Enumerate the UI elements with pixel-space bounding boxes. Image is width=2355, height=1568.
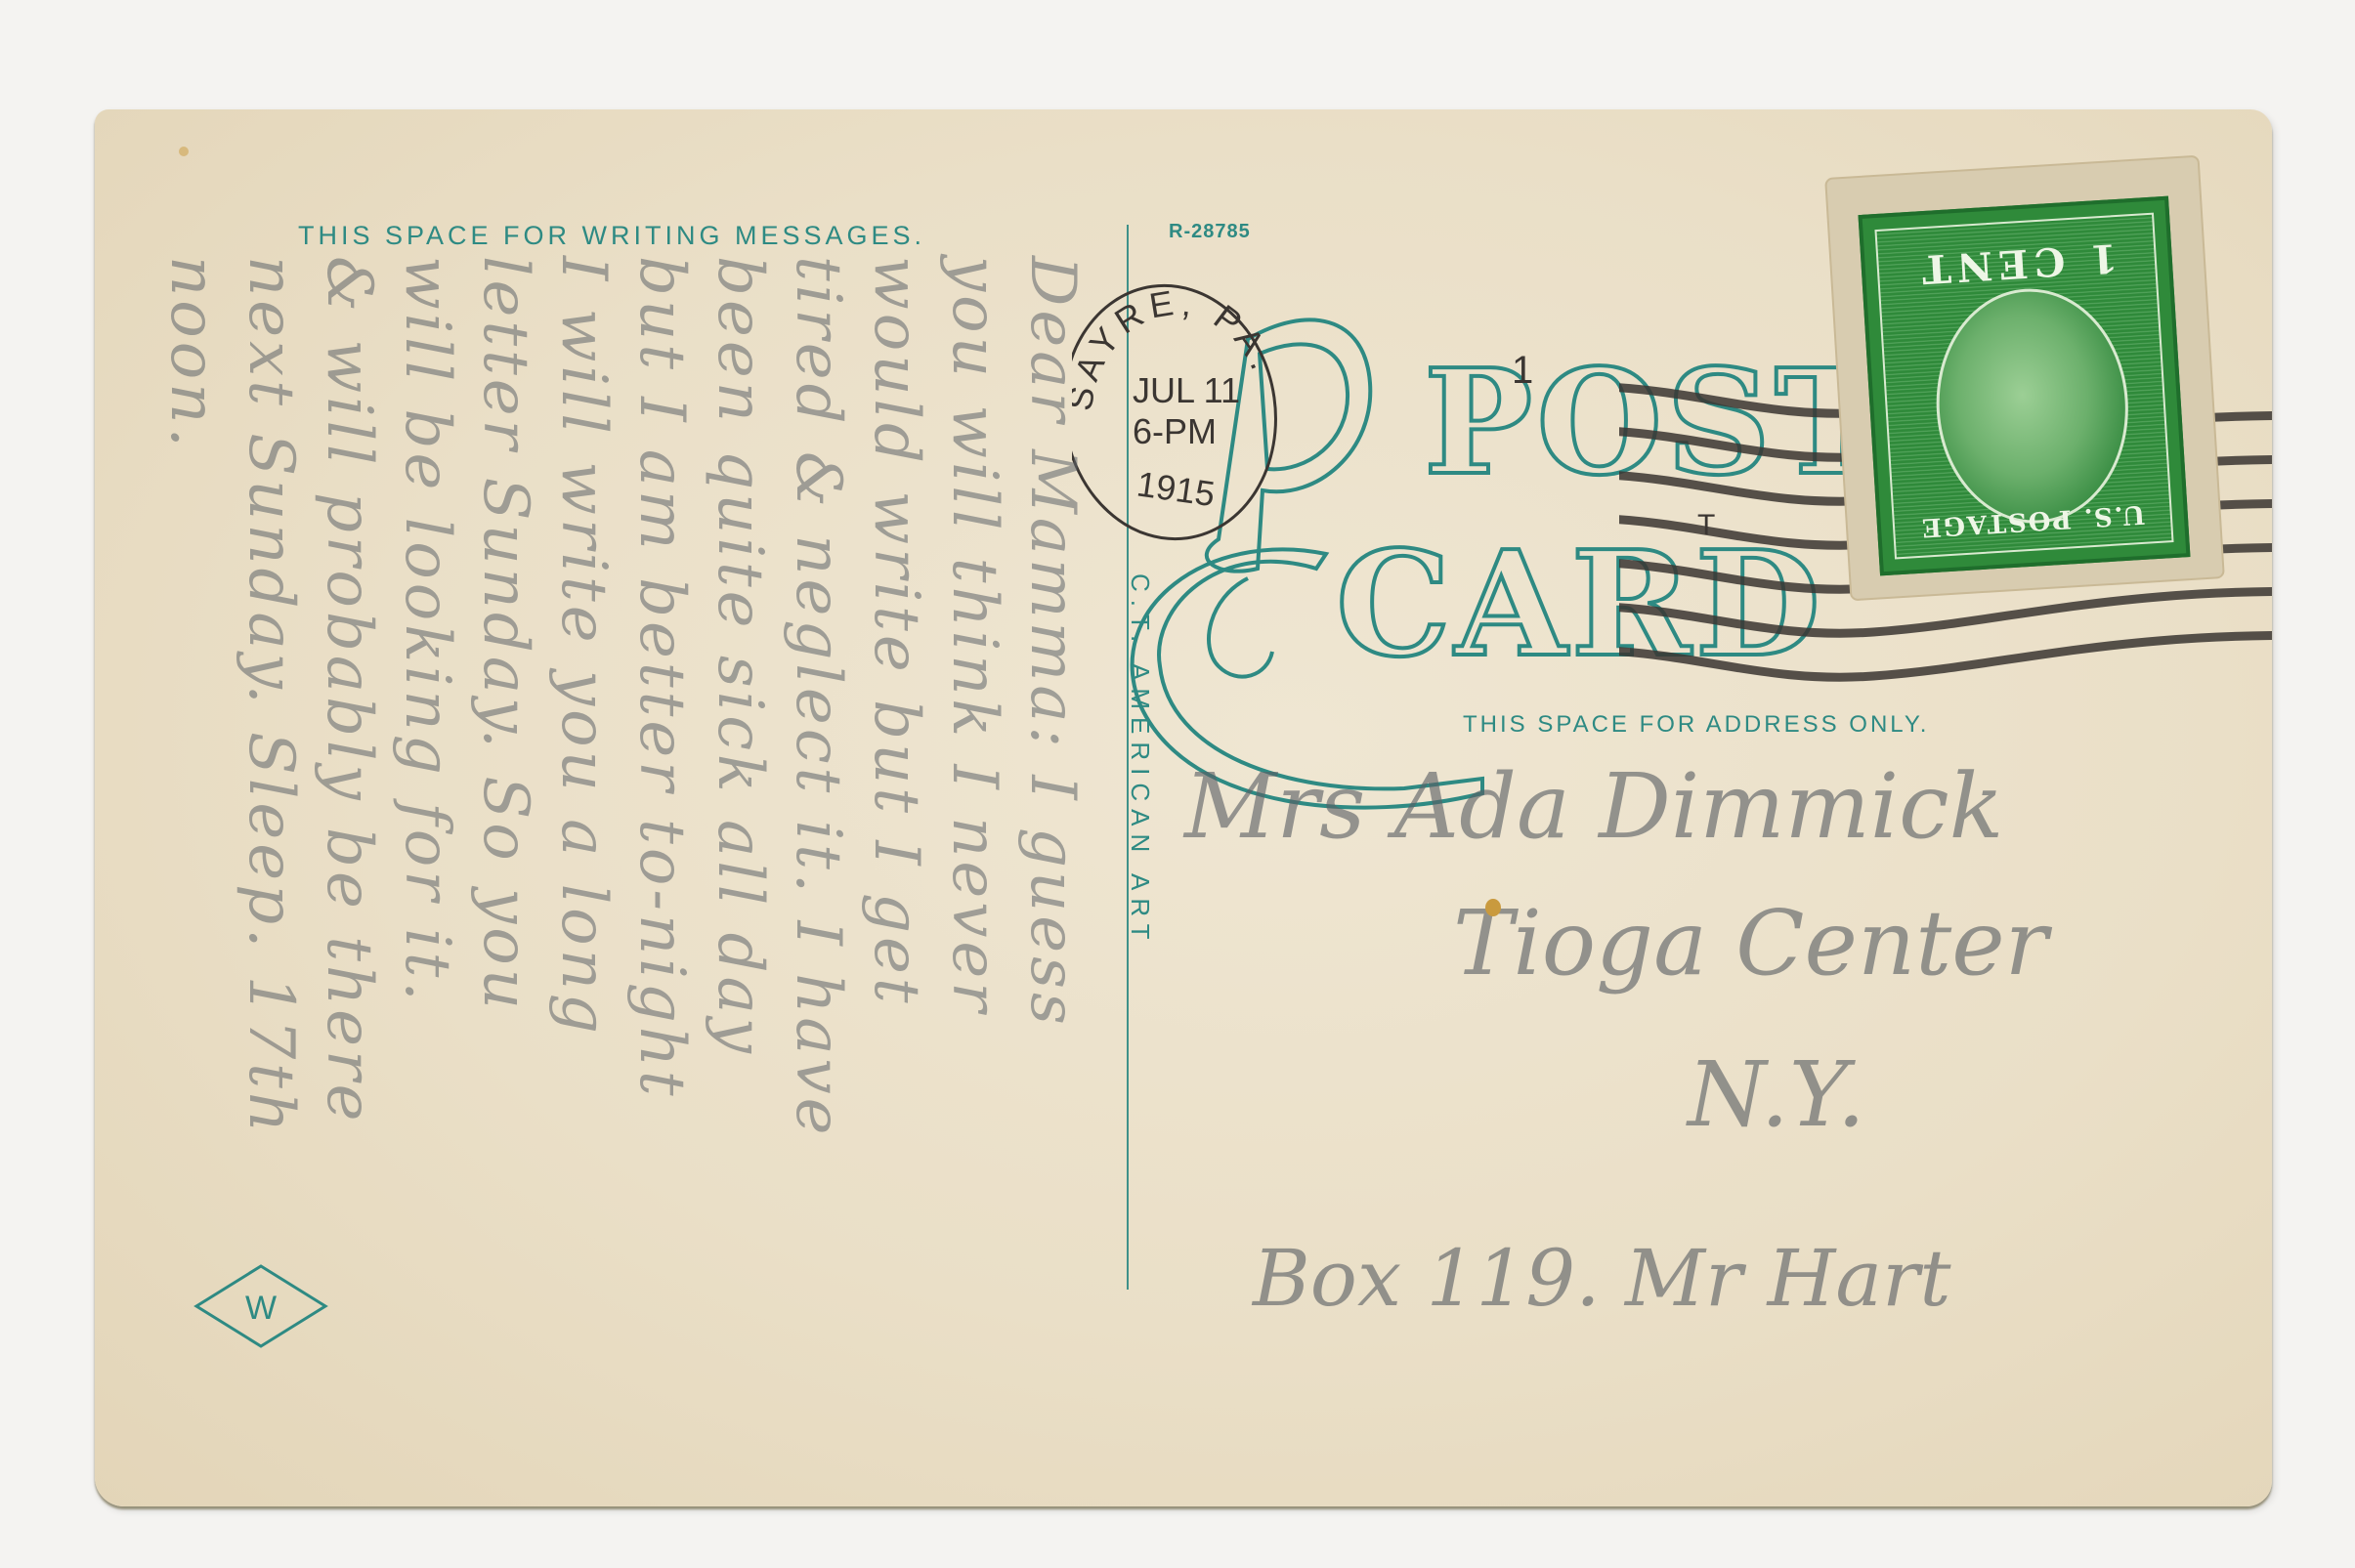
message-line: been quite sick all day [701,256,779,1139]
paper-stain [1485,899,1501,916]
svg-text:1: 1 [1512,349,1533,392]
address-state: N.Y. [1688,1042,1865,1147]
message-line: but I am better to-night [622,256,701,1139]
svg-text:1915: 1915 [1135,463,1218,514]
postage-stamp: 1 CENT U.S. POSTAGE [1826,157,2223,599]
message-line: would write but I get [857,256,935,1139]
stamp-denomination: 1 CENT [1878,233,2156,295]
stamp-portrait-icon [1930,283,2135,530]
message-line: letter Sunday. So you [466,256,544,1139]
publisher-logo-diamond-icon: W [193,1262,329,1350]
message-line: tired & neglect it. I have [779,256,857,1139]
message-space-header: THIS SPACE FOR WRITING MESSAGES. [298,221,925,251]
message-line: noon. [153,256,232,1139]
svg-text:W: W [245,1290,277,1327]
stamp-face: 1 CENT U.S. POSTAGE [1858,196,2190,576]
paper-stain [179,147,189,156]
address-recipient: Mrs Ada Dimmick [1184,754,2003,859]
address-town: Tioga Center [1453,891,2048,996]
message-line: next Sunday. Sleep. 17th [232,256,310,1139]
reference-number: R-28785 [1169,221,1251,243]
stamp-engraving: 1 CENT U.S. POSTAGE [1874,213,2173,560]
message-line: I will write you a long [544,256,622,1139]
message-line: will be looking for it. [388,256,466,1139]
svg-text:6-PM: 6-PM [1133,411,1217,451]
postcard: THIS SPACE FOR WRITING MESSAGES. R-28785… [95,109,2272,1506]
svg-text:JUL 11: JUL 11 [1133,370,1240,410]
address-box: Box 119. Mr Hart [1253,1233,1951,1324]
message-line: you will think I never [935,256,1013,1139]
message-line: Dear Mamma: I guess [1013,256,1092,1139]
message-line: & will probably be there [310,256,388,1139]
handwritten-message: Dear Mamma: I guess you will think I nev… [153,256,1092,1139]
